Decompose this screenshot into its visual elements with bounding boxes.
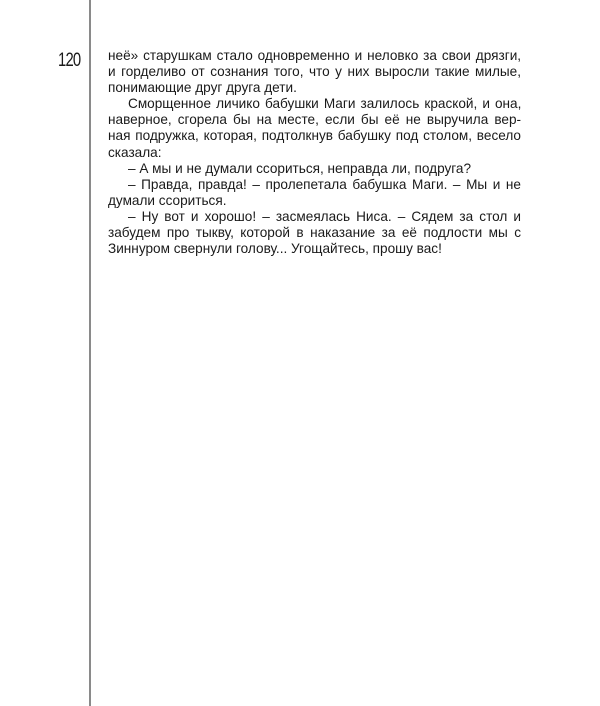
text-line: сказала: — [108, 145, 521, 161]
paragraph: – Правда, правда! – пролепетала бабушка … — [108, 177, 521, 209]
text-line: понимающие друг друга дети. — [108, 80, 521, 96]
paragraph: Сморщенное личико бабушки Маги залилось … — [108, 96, 521, 160]
text-line: Зиннуром свернули голову... Угощайтесь, … — [108, 241, 521, 257]
text-line: – А мы и не думали ссориться, неправда л… — [108, 161, 521, 177]
margin-rule — [89, 0, 91, 706]
paragraph: – Ну вот и хорошо! – засмеялась Ниса. – … — [108, 209, 521, 257]
text-line: – Ну вот и хорошо! – засмеялась Ниса. – … — [108, 209, 521, 225]
text-line: забудем про тыкву, которой в наказание з… — [108, 225, 521, 241]
text-line: ная подружка, которая, подтолкнув бабушк… — [108, 128, 521, 144]
text-line: думали ссориться. — [108, 193, 521, 209]
paragraph: неё» старушкам стало одновременно и нело… — [108, 48, 521, 96]
text-line: и горделиво от сознания того, что у них … — [108, 64, 521, 80]
body-text: неё» старушкам стало одновременно и нело… — [108, 48, 521, 257]
text-line: – Правда, правда! – пролепетала бабушка … — [108, 177, 521, 193]
paragraph: – А мы и не думали ссориться, неправда л… — [108, 161, 521, 177]
text-line: наверное, сгорела бы на месте, если бы е… — [108, 112, 521, 128]
page-number: 120 — [58, 50, 80, 72]
text-line: Сморщенное личико бабушки Маги залилось … — [108, 96, 521, 112]
text-line: неё» старушкам стало одновременно и нело… — [108, 48, 521, 64]
